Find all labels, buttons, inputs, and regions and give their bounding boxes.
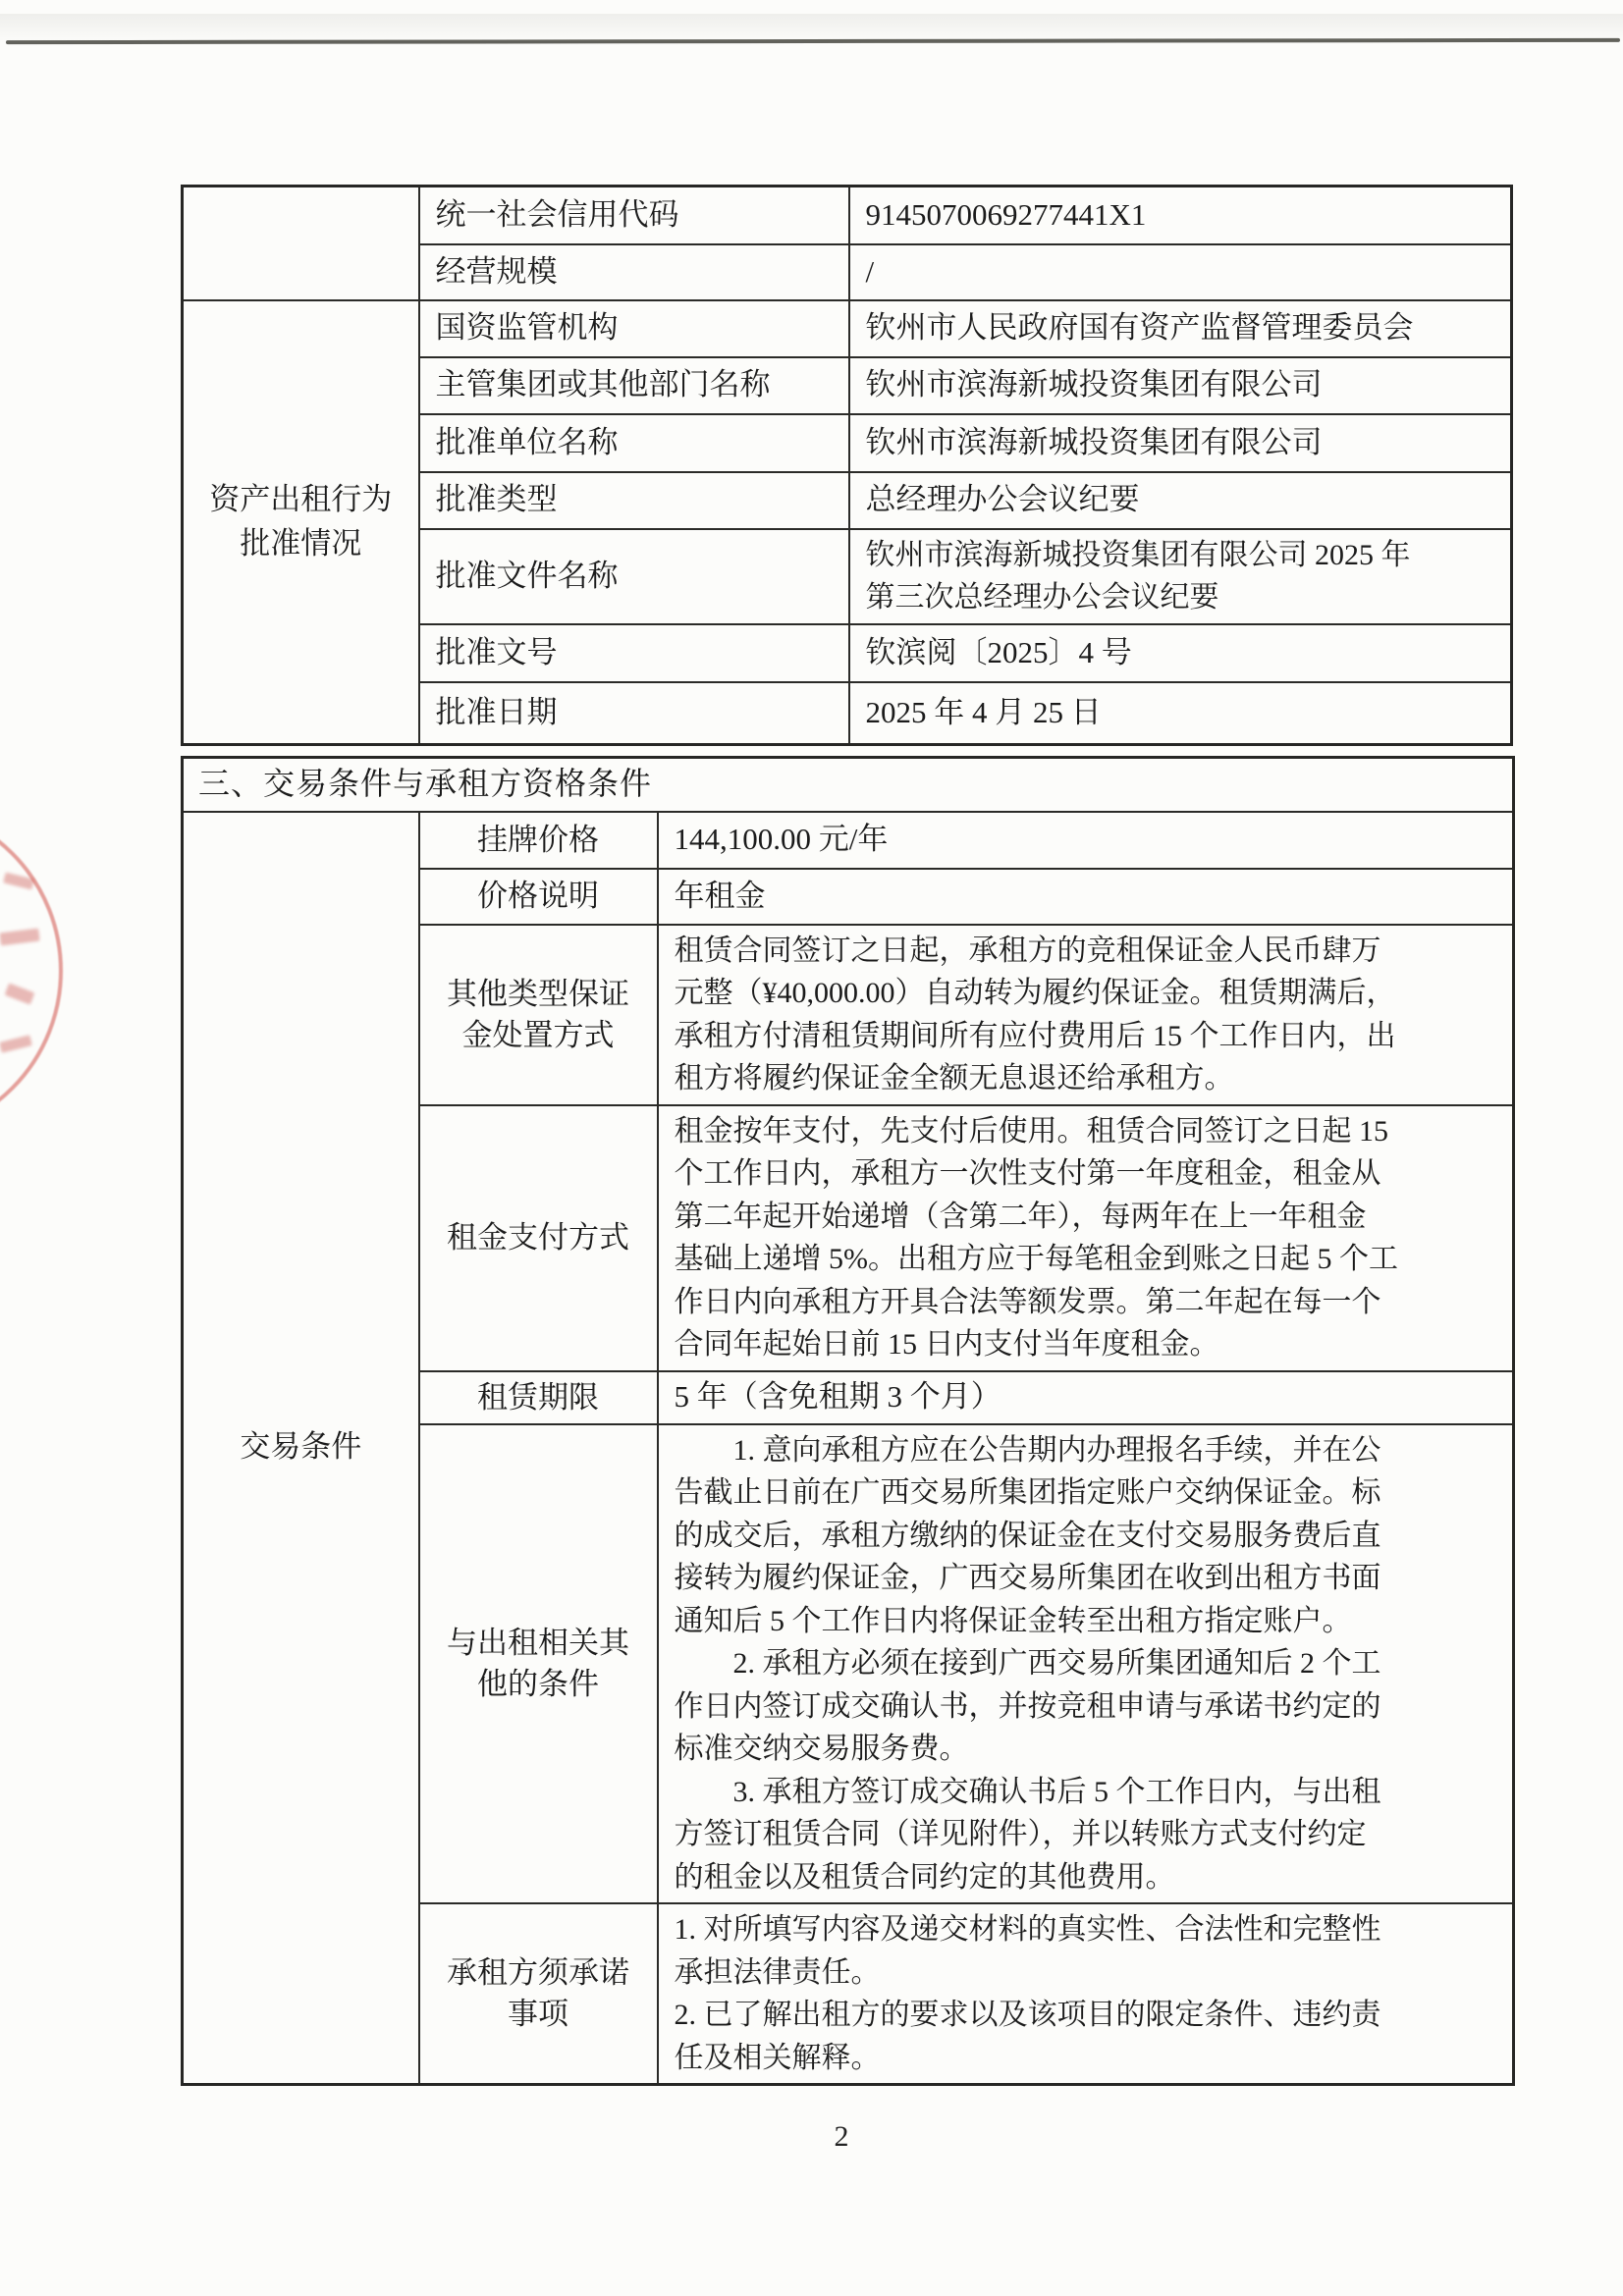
group-cell-approval: 资产出租行为 批准情况: [183, 300, 419, 745]
row-label-cell: 价格说明: [419, 869, 658, 925]
row-value-cell: 钦滨阅〔2025〕4 号: [849, 624, 1512, 682]
row-label-cell: 租金支付方式: [419, 1105, 658, 1371]
row-label-cell: 批准文号: [419, 624, 849, 682]
row-value-cell: 9145070069277441X1: [849, 187, 1512, 244]
row-value-cell: 钦州市人民政府国有资产监督管理委员会: [849, 300, 1512, 357]
row-label-cell: 批准单位名称: [419, 414, 849, 472]
row-label-cell: 其他类型保证 金处置方式: [419, 925, 658, 1105]
row-label-cell: 批准文件名称: [419, 529, 849, 624]
row-value-cell: 钦州市滨海新城投资集团有限公司: [849, 357, 1512, 414]
row-value-cell: 5 年（含免租期 3 个月）: [658, 1371, 1514, 1424]
row-label-cell: 承租方须承诺 事项: [419, 1903, 658, 2085]
row-label-cell: 挂牌价格: [419, 812, 658, 869]
row-value-cell: 1. 意向承租方应在公告期内办理报名手续，并在公 告截止日前在广西交易所集团指定…: [658, 1424, 1514, 1904]
row-value-cell: 2025 年 4 月 25 日: [849, 682, 1512, 745]
row-label-cell: 租赁期限: [419, 1371, 658, 1424]
group-cell-conditions: 交易条件: [183, 812, 419, 2085]
row-value-cell: 1. 对所填写内容及递交材料的真实性、合法性和完整性 承担法律责任。 2. 已了…: [658, 1903, 1514, 2085]
row-label-cell: 批准日期: [419, 682, 849, 745]
row-label-cell: 国资监管机构: [419, 300, 849, 357]
document-page: 统一社会信用代码 9145070069277441X1 经营规模 / 资产出租行…: [0, 0, 1623, 2296]
row-value-cell: 年租金: [658, 869, 1514, 925]
row-value-cell: 租赁合同签订之日起，承租方的竞租保证金人民币肆万 元整（¥40,000.00）自…: [658, 925, 1514, 1105]
table-row: 交易条件 挂牌价格 144,100.00 元/年: [183, 812, 1514, 869]
red-seal-ring: [0, 803, 63, 1139]
row-label-cell: 与出租相关其 他的条件: [419, 1424, 658, 1904]
row-value-cell: 钦州市滨海新城投资集团有限公司: [849, 414, 1512, 472]
row-label-cell: 经营规模: [419, 244, 849, 300]
group-cell-blank: [183, 187, 419, 300]
row-label-cell: 统一社会信用代码: [419, 187, 849, 244]
row-value-cell: 租金按年支付，先支付后使用。租赁合同签订之日起 15 个工作日内，承租方一次性支…: [658, 1105, 1514, 1371]
row-value-cell: 144,100.00 元/年: [658, 812, 1514, 869]
table-row: 资产出租行为 批准情况 国资监管机构 钦州市人民政府国有资产监督管理委员会: [183, 300, 1512, 357]
table-row: 三、交易条件与承租方资格条件: [183, 758, 1514, 812]
row-value-cell: /: [849, 244, 1512, 300]
basic-info-table: 统一社会信用代码 9145070069277441X1 经营规模 / 资产出租行…: [181, 185, 1513, 746]
table-row: 统一社会信用代码 9145070069277441X1: [183, 187, 1512, 244]
conditions-table: 三、交易条件与承租方资格条件 交易条件 挂牌价格 144,100.00 元/年 …: [181, 756, 1515, 2086]
row-value-cell: 钦州市滨海新城投资集团有限公司 2025 年 第三次总经理办公会议纪要: [849, 529, 1512, 624]
row-value-cell: 总经理办公会议纪要: [849, 472, 1512, 529]
page-number: 2: [807, 2120, 876, 2154]
row-label-cell: 批准类型: [419, 472, 849, 529]
row-label-cell: 主管集团或其他部门名称: [419, 357, 849, 414]
section-title-cell: 三、交易条件与承租方资格条件: [183, 758, 1514, 812]
